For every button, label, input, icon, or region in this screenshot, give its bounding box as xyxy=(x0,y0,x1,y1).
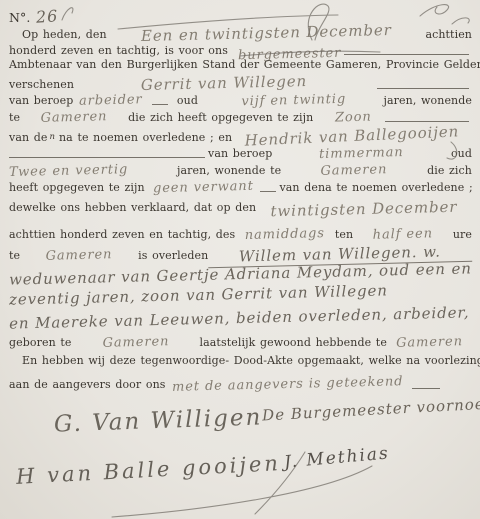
printed-text: die zich heeft opgegeven te zijn xyxy=(128,111,313,124)
printed-text: te xyxy=(9,249,20,262)
printed-text: van beroep xyxy=(208,147,272,160)
signature-official-title: De Burgemeester voornoemd xyxy=(262,394,480,425)
pen-dash xyxy=(412,386,440,389)
form-line: geboren te Gameren laatstelijk gewoond h… xyxy=(9,335,472,350)
form-line: En hebben wij deze tegenwoordige- Dood-A… xyxy=(9,354,472,367)
handwritten-relation1: Zoon xyxy=(335,110,372,126)
printed-text: van beroep xyxy=(9,94,73,107)
form-line: zeventig jaren, zoon van Gerrit van Will… xyxy=(9,286,472,304)
form-line: van beroep timmerman oud xyxy=(9,146,472,161)
signature-declarant2: H van Balle gooijen xyxy=(16,451,282,489)
handwritten-residence2: Gameren xyxy=(281,161,427,180)
printed-text: Op heden, den xyxy=(22,28,107,41)
printed-text: En hebben wij deze tegenwoordige- Dood-A… xyxy=(22,354,480,367)
printed-text: ure xyxy=(453,228,472,241)
printed-text: oud xyxy=(177,94,198,107)
fill-rule xyxy=(377,86,469,89)
form-line: achttien honderd zeven en tachtig, des n… xyxy=(9,227,472,242)
printed-text: dewelke ons hebben verklaard, dat op den xyxy=(9,201,256,214)
handwritten-deceased-details-2: zeventig jaren, zoon van Gerrit van Will… xyxy=(9,281,388,308)
form-line: en Maereke van Leeuwen, beiden overleden… xyxy=(9,309,472,327)
handwritten-age2: Twee en veertig xyxy=(9,161,177,180)
fill-rule xyxy=(9,155,205,158)
printed-text: ten xyxy=(335,228,353,241)
printed-text: jaren, wonende te xyxy=(177,164,281,177)
handwritten-deceased-details-3: en Maereke van Leeuwen, beiden overleden… xyxy=(9,303,470,332)
printed-text: te xyxy=(9,111,20,124)
handwritten-death-hour: half een xyxy=(353,226,453,243)
signature-declarant1: G. Van Willigen xyxy=(54,404,263,437)
form-line: van de n na te noemen overledene ; en He… xyxy=(9,127,472,145)
handwritten-daypart: namiddags xyxy=(235,226,335,243)
printed-text: geboren te xyxy=(9,336,72,349)
printed-text: verschenen xyxy=(9,78,74,91)
form-line: Ambtenaar van den Burgerlijken Stand der… xyxy=(9,58,472,71)
printed-text: laatstelijk gewoond hebbende te xyxy=(200,336,387,349)
handwritten-relation2: geen verwant xyxy=(153,179,254,196)
form-line: weduwenaar van Geertje Adriana Meydam, o… xyxy=(9,265,472,283)
form-line: Op heden, den Een en twintigsten Decembe… xyxy=(9,24,472,42)
death-certificate-scan: N°. 26 Op heden, den Een en twintigsten … xyxy=(0,0,480,519)
printed-superscript-n: n xyxy=(50,132,55,142)
akte-number-label: N°. xyxy=(9,10,30,25)
signature-official-name: J. Methias xyxy=(283,443,390,472)
form-line: Twee en veertig jaren, wonende te Gamere… xyxy=(9,163,472,178)
form-line: verschenen Gerrit van Willegen xyxy=(9,74,472,92)
form-line: honderd zeven en tachtig, is voor ons bu… xyxy=(9,43,472,58)
printed-text: achttien xyxy=(425,28,472,41)
handwritten-residence1: Gameren xyxy=(20,109,128,127)
form-line: dewelke ons hebben verklaard, dat op den… xyxy=(9,197,472,215)
printed-text: die zich xyxy=(427,164,472,177)
printed-text: heeft opgegeven te zijn xyxy=(9,181,145,194)
printed-text: van de xyxy=(279,181,318,194)
printed-text: na te noemen overledene ; xyxy=(318,181,473,194)
printed-text: aan de aangevers door ons xyxy=(9,378,166,391)
printed-text: na te noemen overledene ; en xyxy=(59,131,232,144)
form-line: aan de aangevers door ons met de aangeve… xyxy=(9,377,472,392)
printed-text: achttien honderd zeven en tachtig, des xyxy=(9,228,235,241)
fill-rule xyxy=(344,52,469,55)
handwritten-occupation1: arbeider xyxy=(79,92,143,109)
handwritten-last-residence: Gameren xyxy=(387,334,472,351)
printed-text: jaren, wonende xyxy=(384,94,472,107)
form-line: te Gameren die zich heeft opgegeven te z… xyxy=(9,110,472,125)
handwritten-closing: met de aangevers is geteekend xyxy=(171,374,403,395)
handwritten-age1: vijf en twintig xyxy=(204,91,384,110)
printed-text: oud xyxy=(451,147,472,160)
form-line: van beroep arbeider oud vijf en twintig … xyxy=(9,93,472,108)
printed-text: van de xyxy=(9,131,48,144)
printed-text: is overleden xyxy=(138,249,208,262)
handwritten-birthplace: Gameren xyxy=(71,333,199,351)
form-line: heeft opgegeven te zijn geen verwant van… xyxy=(9,180,472,195)
pen-dash xyxy=(260,189,276,192)
handwritten-death-place: Gameren xyxy=(20,247,138,265)
pen-dash xyxy=(152,102,168,105)
printed-text: honderd zeven en tachtig, is voor ons xyxy=(9,44,228,57)
printed-text: Ambtenaar van den Burgerlijken Stand der… xyxy=(9,58,480,71)
handwritten-death-date: twintigsten December xyxy=(256,197,472,220)
